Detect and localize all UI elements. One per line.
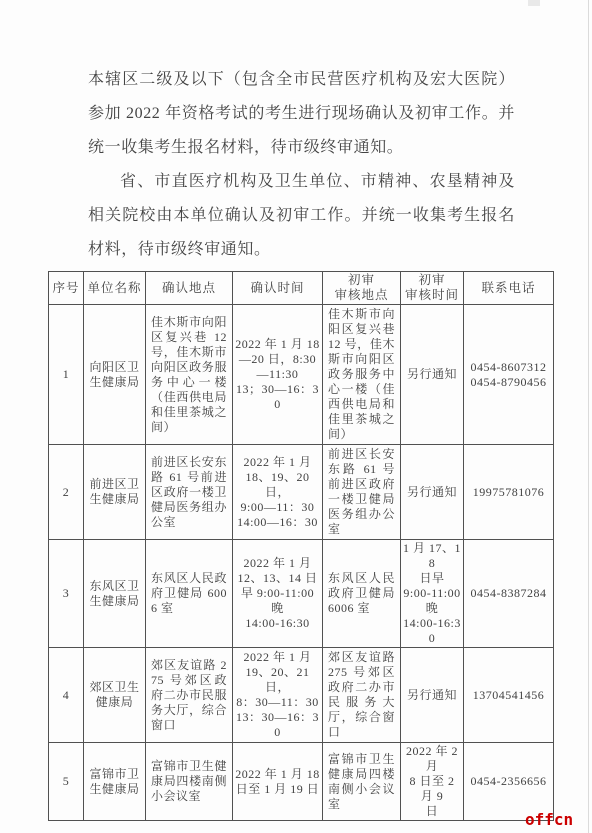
document-body-text: 本辖区二级及以下（包含全市民营医疗机构及宏大医院）参加 2022 年资格考试的考… [88,63,515,267]
confirmation-schedule-table: 序号 单位名称 确认地点 确认时间 初审 审核地点 初审 审核时间 联系电话 1… [48,271,554,821]
cell-unit: 前进区卫生健康局 [84,445,146,540]
scanned-document-page: 本辖区二级及以下（包含全市民营医疗机构及宏大医院）参加 2022 年资格考试的考… [0,0,592,833]
table-row: 5 富锦市卫生健康局 富锦市卫生健康局四楼南侧小会议室 2022 年 1 月 1… [49,743,554,821]
cell-confirm-time: 2022 年 1 月 18 —20 日，8:30 —11:30 13；30—16… [233,305,323,445]
cell-review-place: 前进区长安东路 61 号前进区政府一楼卫健局医务组办公室 [323,445,401,540]
paragraph-2: 省、市直医疗机构及卫生单位、市精神、农垦精神及相关院校由本单位确认及初审工作。并… [88,165,515,267]
cell-review-place: 东风区人民政府卫健局 6006 室 [323,540,401,648]
table-row: 3 东风区卫生健康局 东风区人民政府卫健局 6006 室 2022 年 1 月 … [49,540,554,648]
cell-phone: 0454-2356656 [464,743,554,821]
cell-phone: 13704541456 [464,648,554,743]
table-row: 1 向阳区卫生健康局 佳木斯市向阳区复兴巷 12 号，佳木斯市向阳区政务服务中心… [49,305,554,445]
cell-phone: 0454-8387284 [464,540,554,648]
cell-confirm-place: 富锦市卫生健康局四楼南侧小会议室 [146,743,233,821]
header-cell-confirm-time: 确认时间 [233,272,323,305]
cell-confirm-place: 佳木斯市向阳区复兴巷 12 号，佳木斯市向阳区政务服务中心一楼（佳西供电局和佳里… [146,305,233,445]
cell-confirm-time: 2022 年 1 月 18 日至 1 月 19 日 [233,743,323,821]
cell-unit: 郊区卫生健康局 [84,648,146,743]
cell-serial: 3 [49,540,84,648]
table-row: 4 郊区卫生健康局 郊区友谊路 275 号郊区政府二办市民服务大厅，综合窗口 2… [49,648,554,743]
cell-review-time: 1 月 17、18 日早 9:00-11:00 晚 14:00-16:30 [401,540,464,648]
cell-serial: 1 [49,305,84,445]
offcn-watermark: offcn [525,810,573,829]
cell-confirm-place: 前进区长安东路 61 号前进区政府一楼卫健局医务组办公室 [146,445,233,540]
header-cell-review-time: 初审 审核时间 [401,272,464,305]
cell-confirm-place: 东风区人民政府卫健局 6006 室 [146,540,233,648]
cell-confirm-time: 2022 年 1 月 19、20、21 日， 8：30—11：30 13：30—… [233,648,323,743]
table-header-row: 序号 单位名称 确认地点 确认时间 初审 审核地点 初审 审核时间 联系电话 [49,272,554,305]
cell-phone: 19975781076 [464,445,554,540]
header-cell-serial: 序号 [49,272,84,305]
cell-confirm-place: 郊区友谊路 275 号郊区政府二办市民服务大厅，综合窗口 [146,648,233,743]
cell-confirm-time: 2022 年 1 月 18、19、20 日， 9:00—11：30 14:00—… [233,445,323,540]
cell-review-time: 另行通知 [401,305,464,445]
cell-review-place: 佳木斯市向阳区复兴巷 12 号，佳木斯市向阳区政务服务中心一楼（佳西供电局和佳里… [323,305,401,445]
cell-review-place: 郊区友谊路 275 号郊区政府二办市民服务大厅，综合窗口 [323,648,401,743]
header-cell-phone: 联系电话 [464,272,554,305]
paragraph-1: 本辖区二级及以下（包含全市民营医疗机构及宏大医院）参加 2022 年资格考试的考… [88,63,515,165]
cell-review-time: 另行通知 [401,648,464,743]
confirmation-schedule-table-wrap: 序号 单位名称 确认地点 确认时间 初审 审核地点 初审 审核时间 联系电话 1… [48,271,554,821]
header-cell-confirm-place: 确认地点 [146,272,233,305]
cell-phone: 0454-8607312 0454-8790456 [464,305,554,445]
cell-review-time: 另行通知 [401,445,464,540]
cell-unit: 富锦市卫生健康局 [84,743,146,821]
header-cell-unit: 单位名称 [84,272,146,305]
cell-unit: 东风区卫生健康局 [84,540,146,648]
cell-review-time: 2022 年 2 月 8 日至 2 月 9 日 [401,743,464,821]
cell-serial: 4 [49,648,84,743]
cell-unit: 向阳区卫生健康局 [84,305,146,445]
table-row: 2 前进区卫生健康局 前进区长安东路 61 号前进区政府一楼卫健局医务组办公室 … [49,445,554,540]
header-cell-review-place: 初审 审核地点 [323,272,401,305]
cell-review-place: 富锦市卫生健康局四楼南侧小会议室 [323,743,401,821]
scan-artifact-edge [588,0,589,833]
cell-confirm-time: 2022 年 1 月 12、13、14 日 早 9:00-11:00 晚 14:… [233,540,323,648]
cell-serial: 5 [49,743,84,821]
scan-artifact-smudge [528,0,540,6]
cell-serial: 2 [49,445,84,540]
